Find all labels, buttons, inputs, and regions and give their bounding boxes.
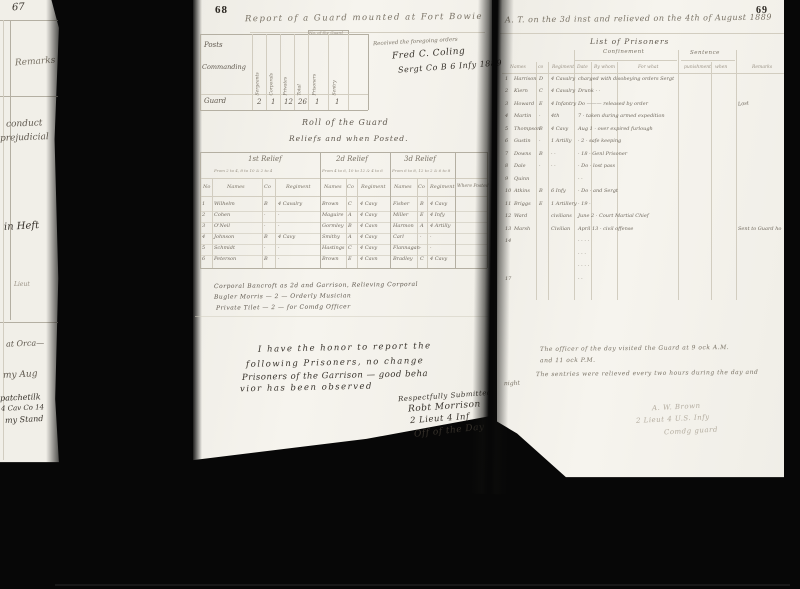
row-label: Commanding [202,64,246,71]
cell: Kiern [514,88,528,94]
cell: A [348,212,352,218]
column-header: Regiment [430,185,454,190]
cell: 4 Infantry [551,101,576,107]
column-header: Co [264,185,271,190]
cell: · · [578,276,583,282]
cell: · [278,245,280,251]
cell: A [348,234,352,240]
table-line [266,34,267,110]
prisoner-row: 10AtkinsB6 Infy· Do · and Sergt [502,188,784,200]
prisoner-row: 2KiernC4 CavalryDrunk · · [502,88,784,100]
fragment-page-number: 67 [12,3,25,14]
cell: June 2 · Court Martial Chief [578,213,649,219]
column-header: punishment [684,66,711,71]
cell: · · · [578,251,586,257]
scan-edge-line [55,584,790,586]
prisoner-row: 4Martin·4th7 · taken during armed expedi… [502,113,784,125]
cell: B [539,126,543,132]
cell: C [348,201,352,207]
table-line [200,196,487,197]
relief-group-header: 2d Relief [336,156,368,163]
prisoner-row: 14· · · · [502,238,784,250]
cell: 4 Cavn [360,223,378,229]
cell: 4 Cavy [360,234,377,240]
cell: · [539,138,541,144]
guard-roll-row: 4JohnsonB4 CavySmithyA4 CavyCarl·· [200,234,490,245]
cell: Howard [514,101,534,107]
prisoner-row: 8Dale·· ·· Do · lost pass [502,163,784,175]
rotated-column-header: Sentry [334,80,339,95]
cell: Briggs [514,201,531,207]
cell: · [278,256,280,262]
cell: 4 Cavy [430,256,447,262]
count-value: 2 [257,99,261,106]
guard-roll-row: 5Schmidt··HastingsC4 CavyFlannagan·· [200,245,490,256]
cell: 4 Cavy [360,245,377,251]
prisoners-title: List of Prisoners [590,38,669,46]
cell: Aug 1 · over expired furlough [578,126,653,132]
handwriting-note: prejudicial [0,133,49,144]
cell: Hastings [322,245,345,251]
column-line [10,20,11,320]
cell: 1 [202,201,205,207]
relief-time-note: From 6 to 8, 12 to 2 & 6 to 8 [392,169,450,173]
cell: · · [551,163,556,169]
cell: 4 Artilly [430,223,450,229]
cell: Smithy [322,234,340,240]
column-header: Remarks [752,66,772,71]
cell: charged with disobeying orders Sergt [578,76,674,82]
relief-group-header: 1st Relief [248,156,282,163]
handwriting-note: 4 Cav Co 14 [1,404,44,412]
group-header: Sentence [690,51,720,57]
cell: Thompson [514,126,540,132]
cell: 7 · taken during armed expedition [578,113,665,119]
bracket-label: No. of the Guard [309,31,343,35]
handwriting-note: my Aug [3,370,38,381]
cell: E [539,101,543,107]
count-value: 1 [335,99,339,106]
column-header: Names [394,185,412,190]
cell: · [539,163,541,169]
relief-time-note: From 4 to 6, 10 to 12 & 4 to 6 [322,169,383,173]
handwriting-note: in Heft [4,221,40,233]
column-header: co [538,66,543,71]
cell: 4th [551,113,559,119]
cell: Cohen [214,212,230,218]
handwriting-note: Lieut [14,282,30,288]
cell: Marsh [514,226,530,232]
cell: Martin [514,113,531,119]
count-value: 12 [284,99,293,106]
cell: Carl [393,234,404,240]
cell: · · · · [578,238,589,244]
cell: 4 Cavy [360,212,377,218]
cell: · · [551,151,556,157]
cell: · [264,245,266,251]
rotated-column-header: Prisoners [314,74,319,96]
column-header: Date [577,66,588,71]
cell: Brown [322,256,339,262]
cell: Maguire [322,212,343,218]
rotated-column-header: Corporals [271,73,276,95]
cell: Drunk · · [578,88,600,94]
cell: B [539,188,543,194]
row-label: Posts [204,42,223,49]
column-header: Regiment [552,66,574,71]
cell: D [539,76,543,82]
table-line [200,110,368,111]
officer-note-line: and 11 ock P.M. [540,358,596,365]
cell: Downs [514,151,531,157]
cell: B [264,234,268,240]
table-line [280,34,281,110]
relief-group-header: 3d Relief [404,156,436,163]
cell: Gustin [514,138,531,144]
cell: Do ——— released by order [578,101,648,107]
column-header: Names [324,185,342,190]
cell: · [264,223,266,229]
table-line [308,34,309,110]
cell: 4 Cavalry [551,88,575,94]
report-header-script: Report of a Guard mounted at Fort Bowie [245,13,483,24]
cell: · [430,245,432,251]
column-header: Names [227,185,245,190]
rule-line [250,32,485,33]
remark-scribble: Sent to Guard ho [738,226,781,232]
page-number: 68 [215,5,228,16]
page-edge-shadow [46,0,62,464]
rotated-column-header: Sergeants [257,72,262,95]
table-line [348,34,349,110]
cell: Johnson [214,234,234,240]
column-header: No [203,185,210,190]
cell: Wilhelm [214,201,235,207]
cell: 4 Cavy [278,234,295,240]
table-line [502,73,784,74]
cell: · · · · [578,263,589,269]
prisoner-row: 12WardciviliansJune 2 · Court Martial Ch… [502,213,784,225]
guard-roll-row: 6PetersonB·BrownE4 CavnBradleyC4 Cavy [200,256,490,267]
cell: E [539,201,543,207]
remark-scribble: Lost [738,100,749,107]
prisoner-row: 1HarrisonD4 Cavalrycharged with disobeyi… [502,76,784,88]
cell: civilians [551,213,572,219]
rule-line [195,316,488,317]
cell: 1 Artilly [551,138,571,144]
cell: · [278,223,280,229]
cell: Harrison [514,76,537,82]
cell: · [278,212,280,218]
cell: B [539,151,543,157]
rotated-column-header: Privates [285,77,290,96]
cell: 4 [202,234,205,240]
cell: C [539,88,543,94]
column-header: Co [347,185,354,190]
relief-time-note: From 2 to 4, 8 to 10 & 2 to 4 [214,169,272,173]
cell: A [420,223,424,229]
guard-roll-row: 1WilhelmB4 CavalryBrownC4 CavyFisherB4 C… [200,201,490,212]
document-scan: 67 Remarks conduct prejudicial in Heft L… [0,0,800,589]
count-value: 1 [315,99,319,106]
prisoner-row: 9Quinn· · [502,176,784,188]
prisoner-row: 3HowardE4 InfantryDo ——— released by ord… [502,101,784,113]
group-header: Confinement [603,50,644,56]
cell: 4 Cavy [551,126,568,132]
book-gutter-shadow [471,0,514,494]
cell: B [264,256,268,262]
cell: Miller [393,212,408,218]
footer-label: Guard [204,98,226,105]
cell: · 18 · Genl Prisoner [578,151,627,157]
cell: Atkins [514,188,530,194]
cell: E [420,212,424,218]
prisoner-row: · · · · [502,263,784,275]
handwriting-note: patchetilk [0,393,41,402]
cell: · [264,212,266,218]
column-header: By whom [594,66,615,71]
rotated-column-header: Total [299,84,304,95]
prisoner-row: 6Gustin·1 Artilly· 2 · safe keeping [502,138,784,150]
cell: B [420,201,424,207]
cell: 2 [202,212,205,218]
prisoner-row: 11BriggsE1 Artillery· 19 · [502,201,784,213]
cell: Ward [514,213,527,219]
roll-title: Roll of the Guard [302,119,389,127]
bracket-line [575,60,677,61]
column-header: Regiment [361,185,385,190]
cell: · 19 · [578,201,591,207]
rule-line [500,33,784,34]
cell: · [539,113,541,119]
column-header: when [715,66,727,71]
column-header: Regiment [286,185,310,190]
prisoner-row: 7DownsB· ·· 18 · Genl Prisoner [502,151,784,163]
cell: 3 [202,223,205,229]
cell: 4 Cavy [430,201,447,207]
cell: Bradley [393,256,413,262]
cell: · 2 · safe keeping [578,138,621,144]
cell: Peterson [214,256,236,262]
table-line [328,34,329,110]
count-value: 1 [271,99,275,106]
prisoner-row: 17· · [502,276,784,288]
cell: B [264,201,268,207]
prisoner-row: 13MarshCivilianApril 13 · civil offenseS… [502,226,784,238]
guard-roll-row: 2Cohen··MaguireA4 CavyMillerE4 Infy [200,212,490,223]
cell: April 13 · civil offense [578,226,633,232]
cell: C [348,245,352,251]
handwriting-note: at Orca— [6,339,44,348]
column-header: For what [638,66,658,71]
table-line [200,178,487,179]
cell: Quinn [514,176,529,182]
cell: 6 Infy [551,188,566,194]
cell: Dale [514,163,526,169]
cell: Fisher [393,201,409,207]
cell: · [420,245,422,251]
guard-roll-row: 3O'Neil··GormleyB4 CavnHarmonA4 Artilly [200,223,490,234]
cell: Flannagan [393,245,420,251]
cell: · Do · and Sergt [578,188,618,194]
cell: · [430,234,432,240]
table-line [200,268,487,269]
prisoner-row: 5ThompsonB4 CavyAug 1 · over expired fur… [502,126,784,138]
cell: 4 Cavn [360,256,378,262]
cell: O'Neil [214,223,230,229]
table-line [200,152,487,153]
cell: 4 Infy [430,212,445,218]
cell: Schmidt [214,245,235,251]
cell: C [420,256,424,262]
handwriting-note: conduct [6,119,43,129]
cell: 4 Cavalry [278,201,302,207]
cell: E [348,256,352,262]
roll-subtitle: Reliefs and when Posted. [289,135,408,143]
count-value: 26 [298,99,307,106]
cell: Civilian [551,226,570,232]
table-line [252,34,253,110]
cell: Harmon [393,223,414,229]
bracket-line [348,30,349,34]
table-line [368,34,369,110]
cell: · [420,234,422,240]
cell: · · [578,176,583,182]
cell: 4 Cavy [360,201,377,207]
cell: 1 Artillery [551,201,577,207]
table-line [200,34,201,110]
bracket-line [681,60,735,61]
cell: · Do · lost pass [578,163,615,169]
cell: B [348,223,352,229]
cell: 6 [202,256,205,262]
table-line [294,34,295,110]
prisoner-row: · · · [502,251,784,263]
cell: Gormley [322,223,344,229]
cell: 4 Cavalry [551,76,575,82]
column-header: Co [418,185,425,190]
cell: Brown [322,201,339,207]
cell: 5 [202,245,205,251]
